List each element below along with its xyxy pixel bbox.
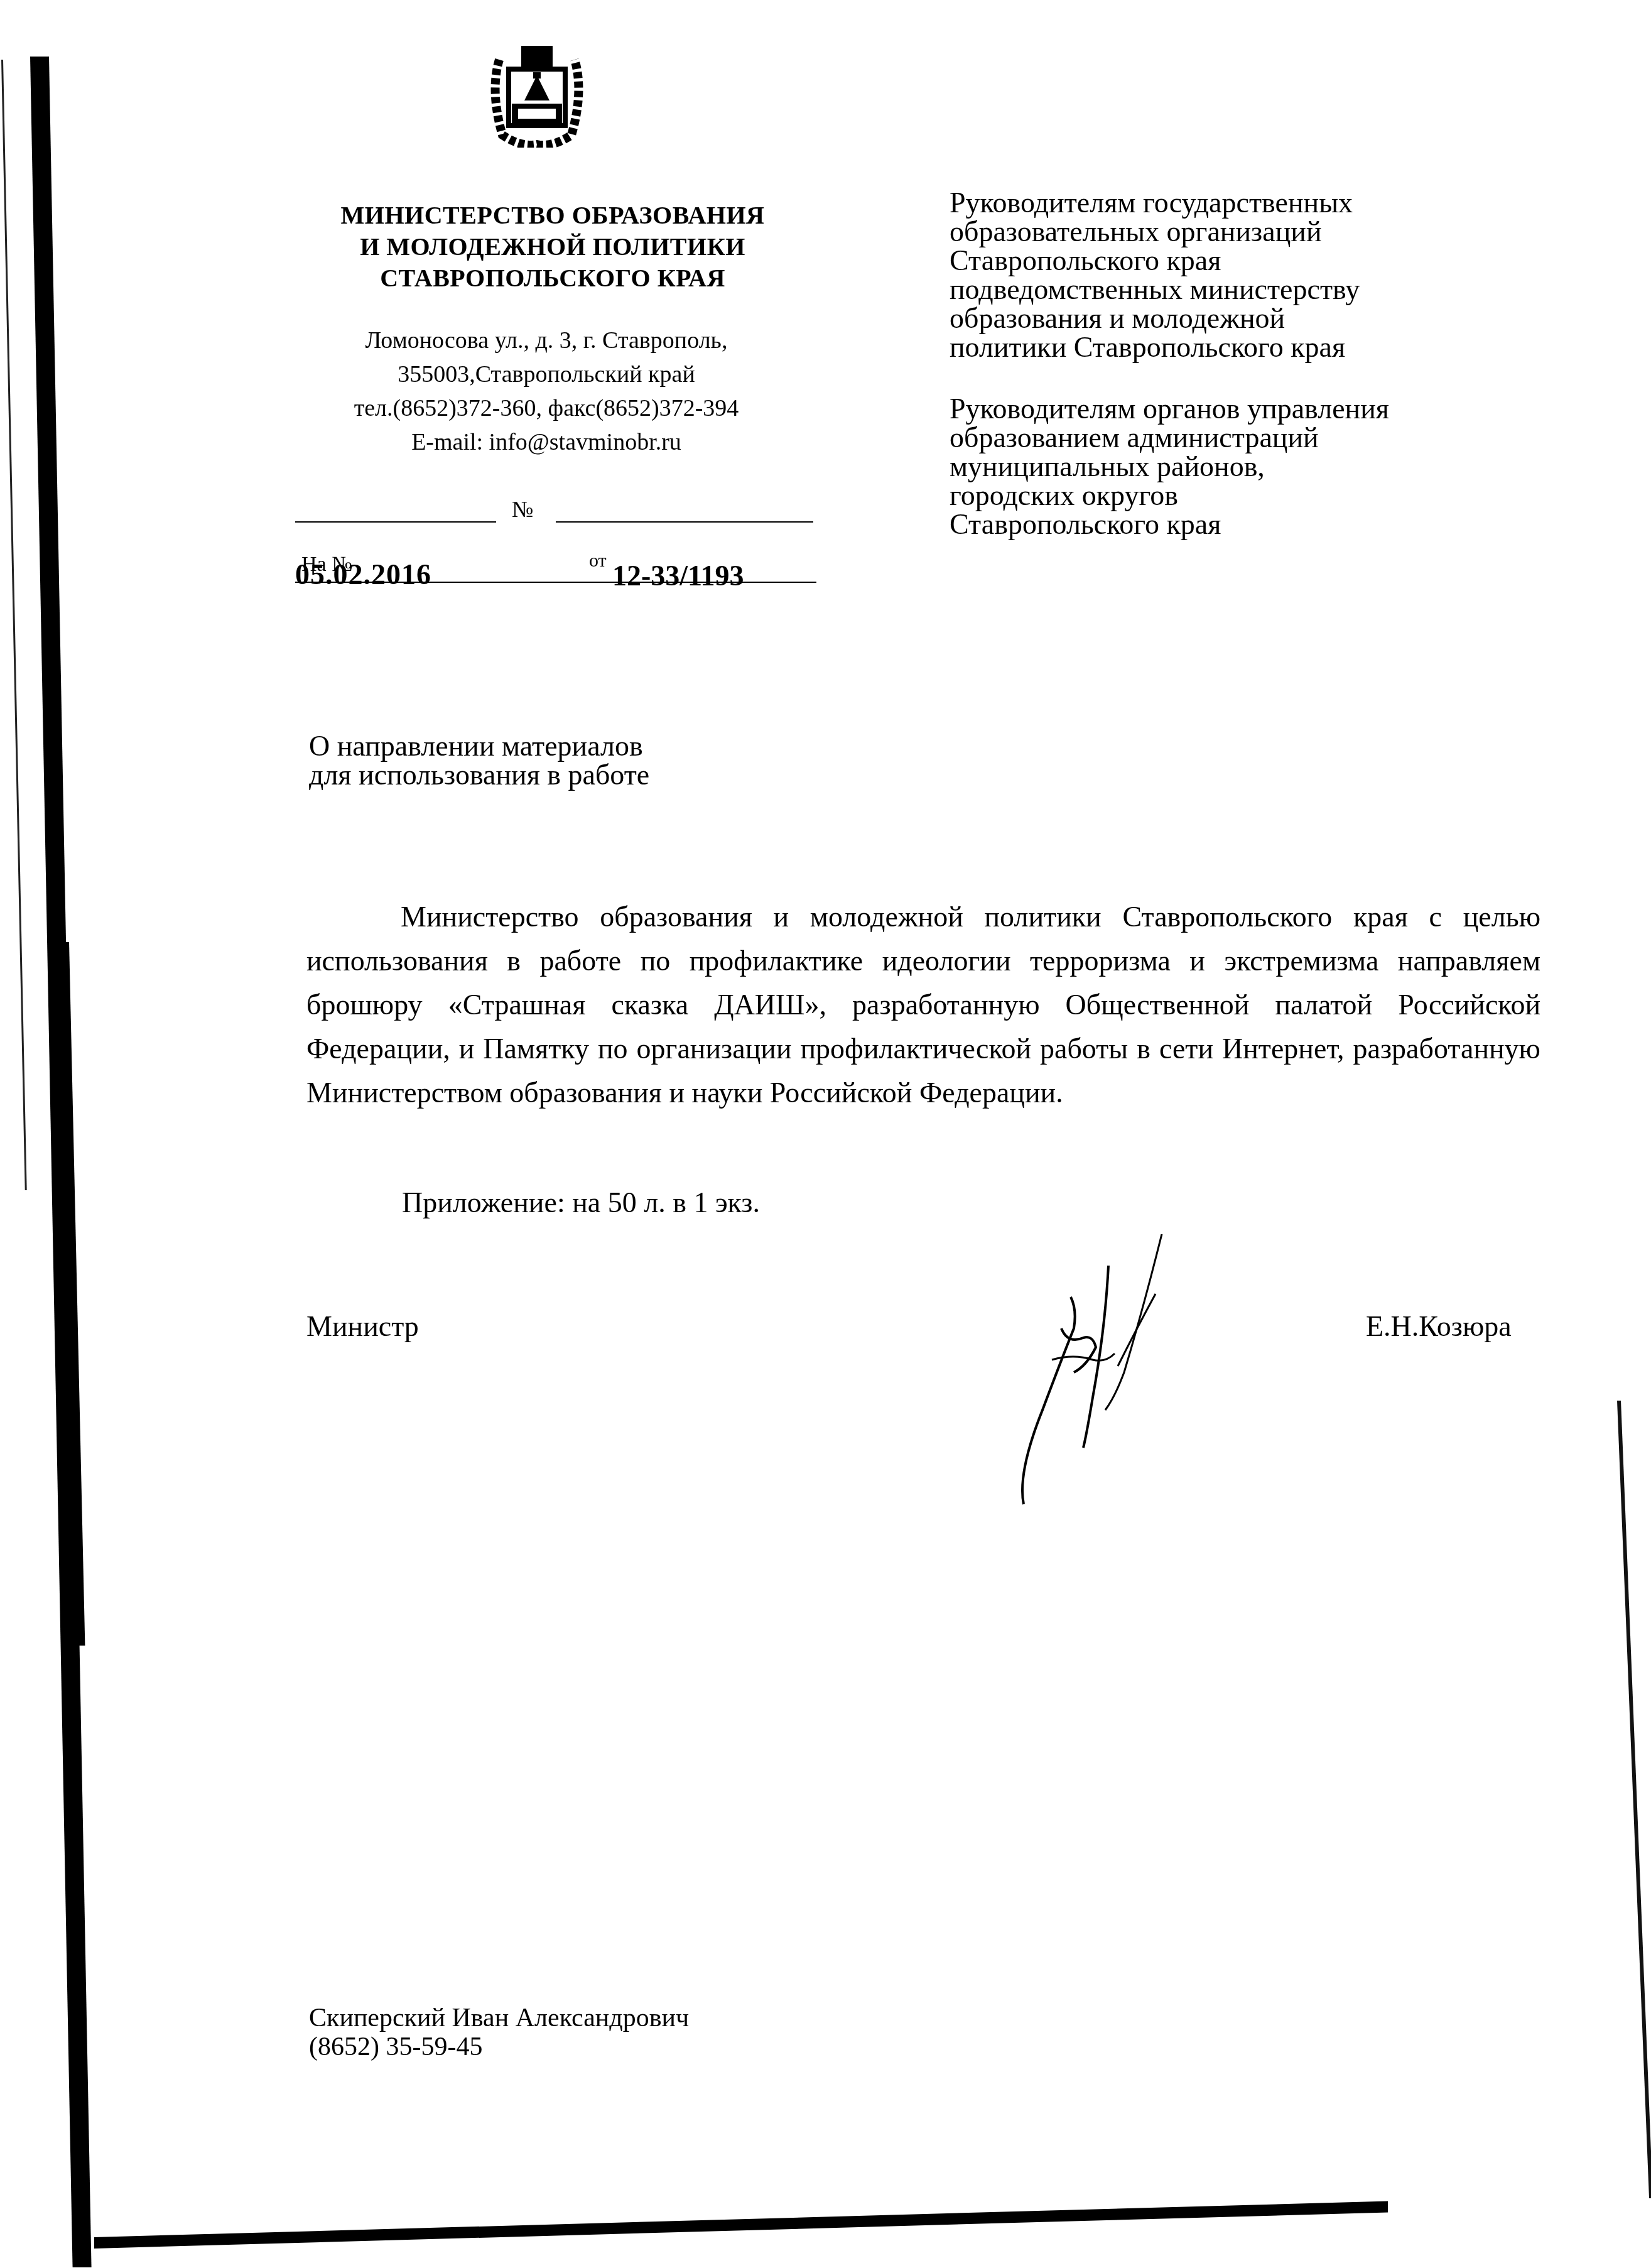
ministry-line: И МОЛОДЕЖНОЙ ПОЛИТИКИ bbox=[295, 231, 810, 263]
executor-name: Скиперский Иван Александрович bbox=[309, 2004, 689, 2032]
recipient-line: политики Ставропольского края bbox=[950, 333, 1578, 362]
recipient-line: городских округов bbox=[950, 481, 1578, 510]
date-blank bbox=[295, 521, 496, 523]
number-blank bbox=[556, 521, 813, 523]
coat-of-arms-icon bbox=[487, 41, 587, 148]
recipient-block: Руководителям государственных образовате… bbox=[950, 188, 1578, 362]
reference-line: На № 05.02.2016 от 12-33/1193 bbox=[295, 553, 816, 603]
recipient-line: образовательных организаций bbox=[950, 217, 1578, 246]
recipient-line: Ставропольского края bbox=[950, 246, 1578, 275]
recipient-line: подведомственных министерству bbox=[950, 275, 1578, 304]
reference-underline bbox=[295, 582, 816, 583]
appendix-note: Приложение: на 50 л. в 1 экз. bbox=[402, 1181, 760, 1225]
letter-date: 05.02.2016 bbox=[295, 558, 431, 591]
executor-info: Скиперский Иван Александрович (8652) 35-… bbox=[309, 2004, 689, 2061]
subject-line: О направлении материалов bbox=[309, 732, 811, 761]
ministry-address: Ломоносова ул., д. 3, г. Ставрополь, 355… bbox=[276, 323, 816, 459]
from-label: от bbox=[589, 550, 607, 572]
registration-number-line: № bbox=[295, 496, 816, 534]
recipient-block: Руководителям органов управления образов… bbox=[950, 394, 1578, 539]
signatory-name: Е.Н.Козюра bbox=[1366, 1310, 1512, 1343]
recipients: Руководителям государственных образовате… bbox=[950, 188, 1578, 572]
recipient-line: Руководителям государственных bbox=[950, 188, 1578, 217]
email-line: E-mail: info@stavminobr.ru bbox=[276, 425, 816, 459]
scan-bottom-edge bbox=[94, 2201, 1388, 2249]
recipient-line: Ставропольского края bbox=[950, 510, 1578, 539]
ministry-line: СТАВРОПОЛЬСКОГО КРАЯ bbox=[295, 263, 810, 294]
recipient-line: муниципальных районов, bbox=[950, 452, 1578, 481]
ministry-name: МИНИСТЕРСТВО ОБРАЗОВАНИЯ И МОЛОДЕЖНОЙ ПО… bbox=[295, 200, 810, 294]
address-line: 355003,Ставропольский край bbox=[276, 357, 816, 391]
scan-right-edge bbox=[1617, 1401, 1651, 2198]
signatory-title: Министр bbox=[306, 1310, 419, 1343]
letter-subject: О направлении материалов для использован… bbox=[309, 732, 811, 789]
recipient-line: Руководителям органов управления bbox=[950, 394, 1578, 423]
address-line: Ломоносова ул., д. 3, г. Ставрополь, bbox=[276, 323, 816, 357]
recipient-line: образованием администраций bbox=[950, 423, 1578, 452]
handwritten-signature-icon bbox=[1005, 1234, 1218, 1511]
scan-edge-bar bbox=[30, 57, 92, 2267]
address-line: тел.(8652)372-360, факс(8652)372-394 bbox=[276, 391, 816, 425]
letter-body: Министерство образования и молодежной по… bbox=[306, 895, 1540, 1115]
ministry-line: МИНИСТЕРСТВО ОБРАЗОВАНИЯ bbox=[295, 200, 810, 231]
outgoing-number: 12-33/1193 bbox=[612, 559, 744, 592]
number-sign: № bbox=[512, 496, 533, 523]
executor-phone: (8652) 35-59-45 bbox=[309, 2032, 689, 2061]
scan-edge-thin bbox=[1, 60, 27, 1190]
subject-line: для использования в работе bbox=[309, 761, 811, 789]
recipient-line: образования и молодежной bbox=[950, 304, 1578, 333]
